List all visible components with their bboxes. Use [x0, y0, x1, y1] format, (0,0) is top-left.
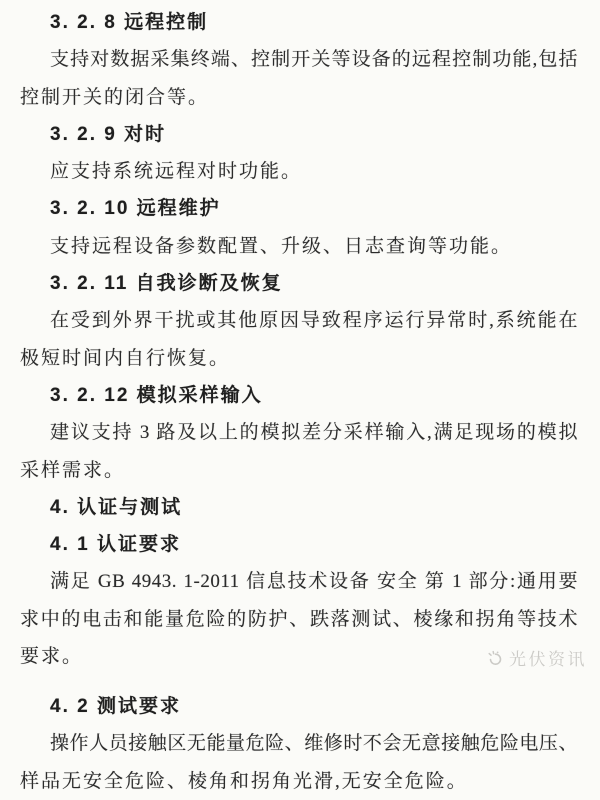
section-heading-3-2-10: 3. 2. 10 远程维护: [20, 190, 578, 227]
section-heading-4-1: 4. 1 认证要求: [20, 526, 578, 563]
paragraph-line: 满足 GB 4943. 1-2011 信息技术设备 安全 第 1 部分:通用要: [20, 563, 578, 600]
paragraph-line: 在受到外界干扰或其他原因导致程序运行异常时,系统能在: [20, 302, 578, 339]
paragraph-line: 极短时间内自行恢复。: [20, 340, 578, 377]
section-heading-3-2-8: 3. 2. 8 远程控制: [20, 4, 578, 41]
paragraph-line: 控制开关的闭合等。: [20, 79, 578, 116]
section-heading-4: 4. 认证与测试: [20, 489, 578, 526]
section-heading-3-2-9: 3. 2. 9 对时: [20, 116, 578, 153]
paragraph-line: 应支持系统远程对时功能。: [20, 153, 578, 190]
paragraph-line: 采样需求。: [20, 452, 578, 489]
document-text: 3. 2. 8 远程控制 支持对数据采集终端、控制开关等设备的远程控制功能,包括…: [20, 4, 578, 800]
paragraph-line: 建议支持 3 路及以上的模拟差分采样输入,满足现场的模拟: [20, 414, 578, 451]
paragraph-line: 支持对数据采集终端、控制开关等设备的远程控制功能,包括: [20, 41, 578, 78]
watermark: 光伏资讯: [485, 645, 587, 670]
sun-logo-icon: [485, 649, 505, 667]
watermark-text: 光伏资讯: [509, 645, 587, 670]
paragraph-line: 求中的电击和能量危险的防护、跌落测试、棱缘和拐角等技术: [20, 601, 578, 638]
section-heading-4-2: 4. 2 测试要求: [20, 688, 578, 725]
paragraph-line: 操作人员接触区无能量危险、维修时不会无意接触危险电压、: [20, 725, 578, 762]
document-page: 3. 2. 8 远程控制 支持对数据采集终端、控制开关等设备的远程控制功能,包括…: [0, 0, 600, 800]
paragraph-line: 支持远程设备参数配置、升级、日志查询等功能。: [20, 228, 578, 265]
section-heading-3-2-11: 3. 2. 11 自我诊断及恢复: [20, 265, 578, 302]
paragraph-line: 样品无安全危险、棱角和拐角光滑,无安全危险。: [20, 763, 578, 800]
section-heading-3-2-12: 3. 2. 12 模拟采样输入: [20, 377, 578, 414]
